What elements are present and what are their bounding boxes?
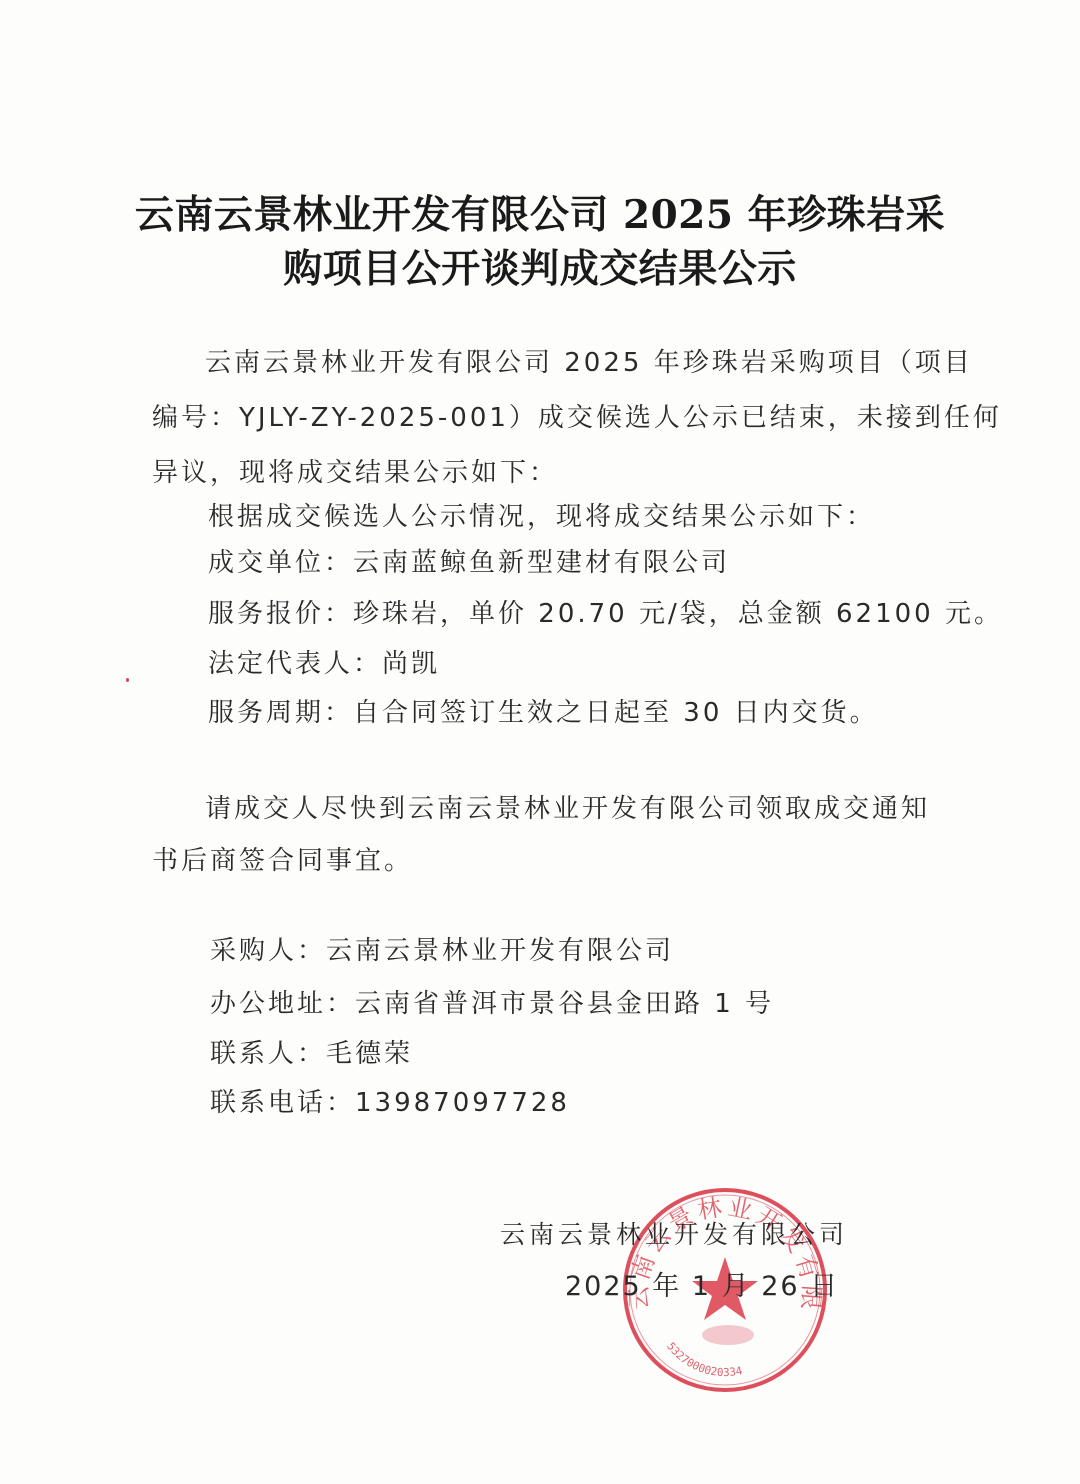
contact-field-address: 办公地址：云南省普洱市景谷县金田路 1 号	[210, 983, 774, 1020]
field-label: 联系人：	[210, 1039, 326, 1069]
field-value: 珍珠岩，单价 20.70 元/袋，总金额 62100 元。	[353, 599, 1003, 629]
field-label: 服务周期：	[208, 698, 353, 728]
signature-organization: 云南云景林业开发有限公司	[500, 1215, 848, 1251]
result-intro: 根据成交候选人公示情况，现将成交结果公示如下：	[208, 496, 875, 533]
notice-line-2: 书后商签合同事宜。	[152, 840, 413, 877]
field-value: 13987097728	[355, 1088, 570, 1118]
result-field-legal-rep: 法定代表人：尚凯	[208, 643, 440, 680]
result-field-service-period: 服务周期：自合同签订生效之日起至 30 日内交货。	[208, 692, 879, 729]
field-value: 云南省普洱市景谷县金田路 1 号	[355, 989, 774, 1019]
contact-field-phone: 联系电话：13987097728	[210, 1082, 570, 1119]
field-label: 服务报价：	[208, 599, 353, 629]
title-line-1: 云南云景林业开发有限公司 2025 年珍珠岩采	[120, 188, 960, 242]
intro-line-1: 云南云景林业开发有限公司 2025 年珍珠岩采购项目（项目	[205, 342, 973, 379]
svg-text:5327000020334: 5327000020334	[664, 1340, 744, 1379]
result-field-price: 服务报价：珍珠岩，单价 20.70 元/袋，总金额 62100 元。	[208, 593, 1003, 630]
field-label: 采购人：	[210, 936, 326, 966]
field-value: 毛德荣	[326, 1039, 413, 1069]
signature-date: 2025 年 1 月 26 日	[565, 1264, 839, 1303]
contact-field-person: 联系人：毛德荣	[210, 1033, 413, 1070]
field-value: 云南蓝鲸鱼新型建材有限公司	[353, 548, 730, 578]
intro-line-3: 异议，现将成交结果公示如下：	[152, 452, 558, 489]
seal-serial: 5327000020334	[664, 1340, 744, 1379]
intro-line-2: 编号：YJLY-ZY-2025-001）成交候选人公示已结束，未接到任何	[152, 397, 1002, 434]
field-value: 自合同签订生效之日起至 30 日内交货。	[353, 698, 879, 728]
document-title: 云南云景林业开发有限公司 2025 年珍珠岩采 购项目公开谈判成交结果公示	[120, 188, 960, 296]
contact-field-purchaser: 采购人：云南云景林业开发有限公司	[210, 930, 674, 967]
notice-line-1: 请成交人尽快到云南云景林业开发有限公司领取成交通知	[205, 788, 930, 825]
field-label: 法定代表人：	[208, 649, 382, 679]
field-label: 办公地址：	[210, 989, 355, 1019]
document-page: 云南云景林业开发有限公司 2025 年珍珠岩采 购项目公开谈判成交结果公示 云南…	[0, 0, 1080, 1484]
field-value: 尚凯	[382, 649, 440, 679]
result-field-winner: 成交单位：云南蓝鲸鱼新型建材有限公司	[208, 542, 730, 579]
title-line-2: 购项目公开谈判成交结果公示	[120, 242, 960, 296]
field-label: 联系电话：	[210, 1088, 355, 1118]
field-value: 云南云景林业开发有限公司	[326, 936, 674, 966]
field-label: 成交单位：	[208, 548, 353, 578]
scan-speck	[126, 678, 129, 682]
